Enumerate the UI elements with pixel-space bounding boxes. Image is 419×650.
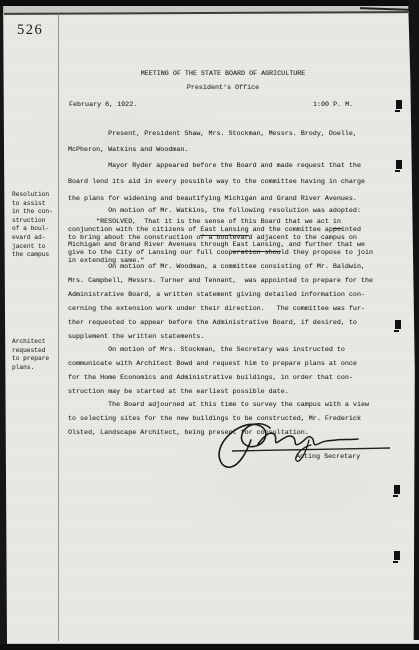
binding-mark [394, 485, 400, 494]
meeting-time: 1:00 P. M. [313, 97, 353, 113]
meeting-date: February 6, 1922. [69, 97, 137, 113]
margin-note-resolution: Resolution to assist in the con- structi… [12, 191, 60, 260]
binding-mark [394, 551, 400, 560]
acting-secretary-label: Acting Secretary [296, 453, 360, 461]
margin-note-architect: Architect requested to prepare plans. [12, 338, 60, 372]
paragraph-present: Present, President Shaw, Mrs. Stockman, … [68, 126, 393, 159]
paragraph-stockman-motion: On motion of Mrs. Stockman, the Secretar… [68, 344, 393, 400]
scanned-document: 526 Resolution to assist in the con- str… [0, 0, 419, 650]
paragraph-watkins-motion: On motion of Mr. Watkins, the following … [68, 203, 393, 219]
scan-border-top [0, 0, 419, 6]
scan-border-bottom [0, 644, 419, 650]
margin-divider-line [58, 14, 59, 641]
binding-mark [396, 100, 402, 109]
signature-scrawl [212, 418, 394, 480]
paragraph-woodman-motion: On motion of Mr. Woodman, a committee co… [68, 261, 393, 344]
page-number: 526 [17, 22, 43, 39]
binding-mark [395, 320, 401, 329]
paragraph-mayor-request: Mayor Ryder appeared before the Board an… [68, 158, 393, 207]
resolution-block: "RESOLVED, That it is the sense of this … [68, 219, 393, 266]
meeting-title: MEETING OF THE STATE BOARD OF AGRICULTUR… [68, 70, 378, 78]
underline-mark [333, 228, 342, 229]
underline-mark [200, 235, 249, 236]
binding-mark [396, 160, 402, 169]
office-subtitle: President's Office [68, 84, 378, 92]
underline-mark [232, 251, 281, 252]
